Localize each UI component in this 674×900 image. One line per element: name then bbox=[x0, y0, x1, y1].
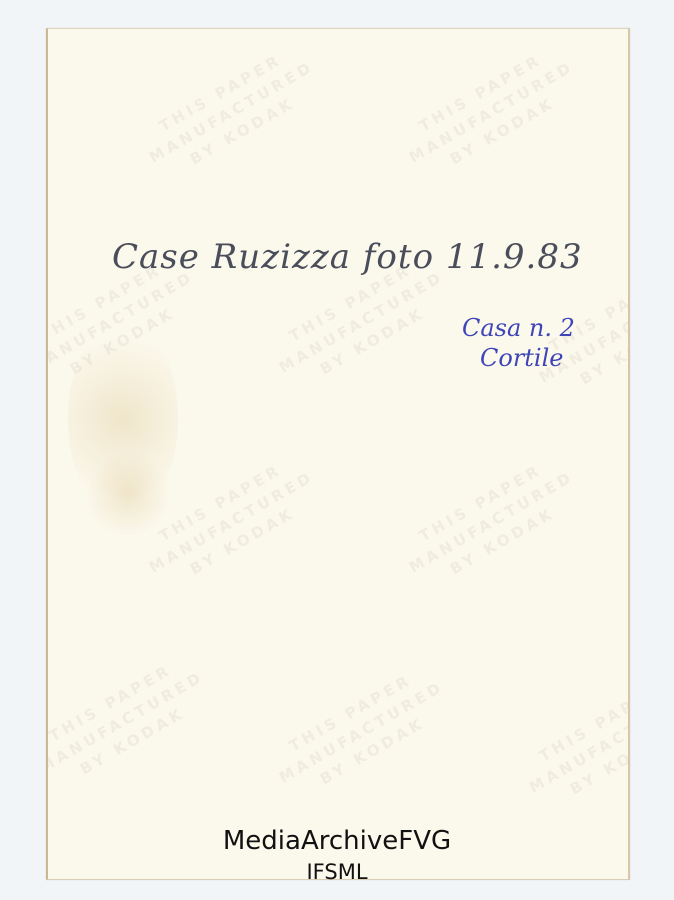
blue-ink-inscription: Casa n. 2 Cortile bbox=[462, 313, 575, 373]
kodak-watermark: THIS PAPER MANUFACTURED BY KODAK bbox=[264, 657, 459, 808]
kodak-watermark: THIS PAPER MANUFACTURED BY KODAK bbox=[394, 447, 589, 598]
age-stain bbox=[88, 449, 168, 539]
kodak-watermark: THIS PAPER MANUFACTURED BY KODAK bbox=[514, 667, 630, 818]
kodak-watermark: THIS PAPER MANUFACTURED BY KODAK bbox=[394, 37, 589, 188]
blue-ink-line-2: Cortile bbox=[462, 343, 575, 373]
archive-caption-subtitle: IFSML bbox=[0, 860, 674, 884]
kodak-watermark: THIS PAPER MANUFACTURED BY KODAK bbox=[134, 37, 329, 188]
photo-paper-back: THIS PAPER MANUFACTURED BY KODAK THIS PA… bbox=[46, 28, 630, 880]
archive-caption-title: MediaArchiveFVG bbox=[0, 826, 674, 856]
blue-ink-line-1: Casa n. 2 bbox=[462, 313, 575, 343]
kodak-watermark: THIS PAPER MANUFACTURED BY KODAK bbox=[46, 647, 219, 798]
pencil-inscription: Case Ruzizza foto 11.9.83 bbox=[112, 237, 583, 277]
